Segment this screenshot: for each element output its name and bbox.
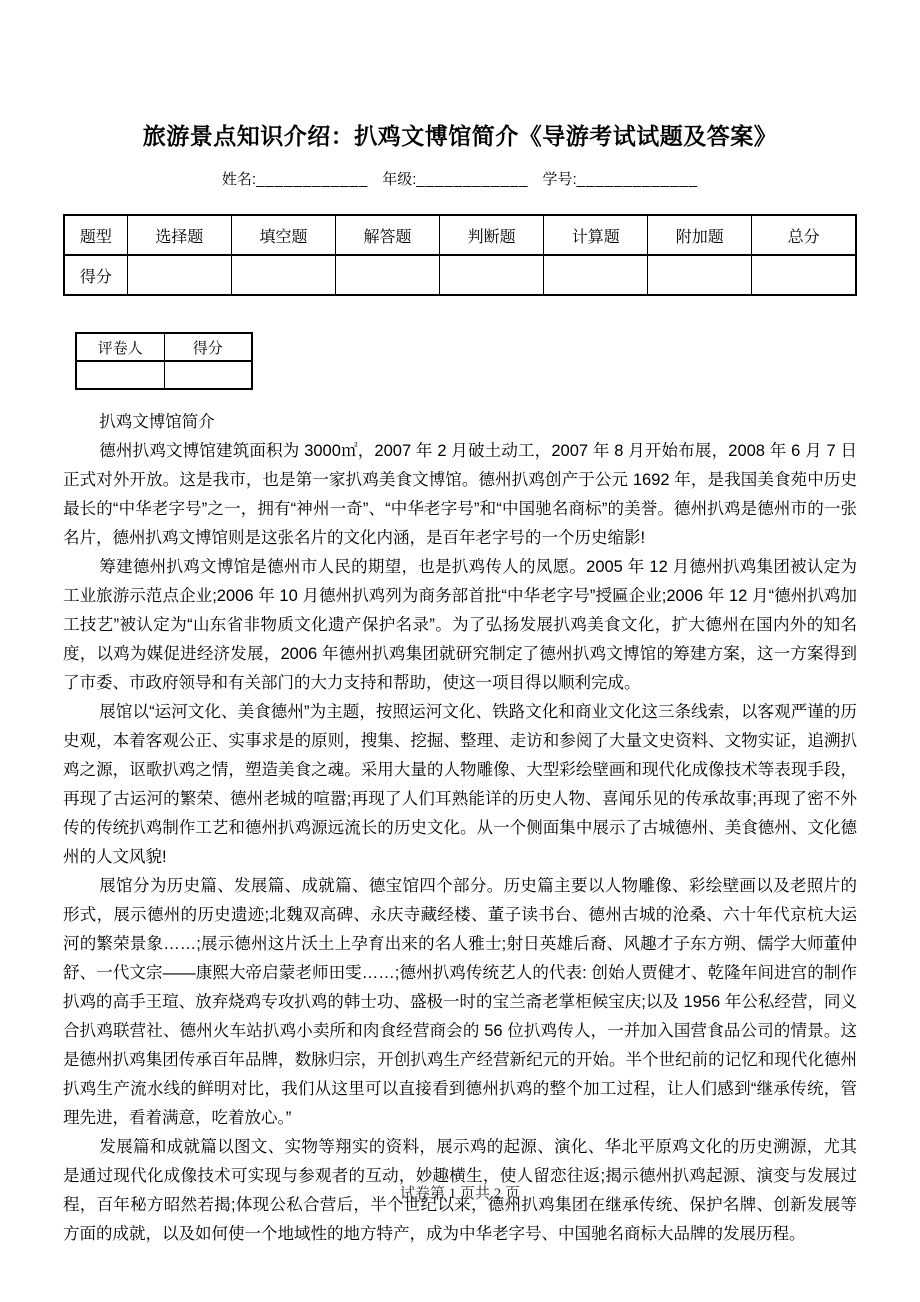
paragraph-overview: 德州扒鸡文博馆建筑面积为 3000㎡，2007 年 2 月破土动工，2007 年… xyxy=(63,437,857,553)
score-summary-table: 题型 选择题 填空题 解答题 判断题 计算题 附加题 总分 得分 xyxy=(63,214,857,296)
name-blank-line: ____________ xyxy=(256,171,368,188)
page-title: 旅游景点知识介绍：扒鸡文博馆简介《导游考试试题及答案》 xyxy=(0,120,920,152)
grader-table-empty-row xyxy=(76,361,252,389)
grader-label-cell: 评卷人 xyxy=(76,333,164,361)
header-cell-calculation: 计算题 xyxy=(544,215,648,255)
name-label: 姓名: xyxy=(222,171,256,188)
grader-score-empty-cell xyxy=(164,361,252,389)
score-cell-empty xyxy=(648,255,752,295)
score-cell-empty xyxy=(231,255,335,295)
header-cell-fill-blank: 填空题 xyxy=(231,215,335,255)
score-table-score-row: 得分 xyxy=(64,255,856,295)
paragraph-sections-history: 展馆分为历史篇、发展篇、成就篇、德宝馆四个部分。历史篇主要以人物雕像、彩绘壁画以… xyxy=(63,872,857,1133)
grade-field: 年级:____________ xyxy=(382,169,528,191)
student-id-label: 学号: xyxy=(542,171,576,188)
exam-document-page: 旅游景点知识介绍：扒鸡文博馆简介《导游考试试题及答案》 姓名:_________… xyxy=(0,0,920,1302)
grade-blank-line: ____________ xyxy=(416,171,528,188)
score-cell-empty xyxy=(127,255,231,295)
student-info-line: 姓名:____________ 年级:____________ 学号:_____… xyxy=(0,169,920,191)
header-cell-answer: 解答题 xyxy=(336,215,440,255)
grader-empty-cell xyxy=(76,361,164,389)
header-cell-bonus: 附加题 xyxy=(648,215,752,255)
student-id-field: 学号:_____________ xyxy=(542,169,698,191)
score-cell-empty xyxy=(544,255,648,295)
grade-label: 年级: xyxy=(382,171,416,188)
score-cell-empty xyxy=(336,255,440,295)
page-number-footer: 试卷第 1 页共 2 页 xyxy=(0,1182,920,1203)
section-title: 扒鸡文博馆简介 xyxy=(63,408,857,437)
header-cell-multiple-choice: 选择题 xyxy=(127,215,231,255)
score-table-header-row: 题型 选择题 填空题 解答题 判断题 计算题 附加题 总分 xyxy=(64,215,856,255)
grader-table-header-row: 评卷人 得分 xyxy=(76,333,252,361)
header-cell-true-false: 判断题 xyxy=(440,215,544,255)
header-cell-question-type: 题型 xyxy=(64,215,127,255)
student-id-blank-line: _____________ xyxy=(577,171,698,188)
paragraph-theme: 展馆以“运河文化、美食德州”为主题，按照运河文化、铁路文化和商业文化这三条线索，… xyxy=(63,698,857,872)
name-field: 姓名:____________ xyxy=(222,169,368,191)
paragraph-planning: 筹建德州扒鸡文博馆是德州市人民的期望，也是扒鸡传人的凤愿。2005 年 12 月… xyxy=(63,553,857,698)
score-row-label: 得分 xyxy=(64,255,127,295)
score-cell-empty xyxy=(752,255,856,295)
grader-score-table: 评卷人 得分 xyxy=(75,332,253,390)
header-cell-total: 总分 xyxy=(752,215,856,255)
score-cell-empty xyxy=(440,255,544,295)
document-body: 扒鸡文博馆简介 德州扒鸡文博馆建筑面积为 3000㎡，2007 年 2 月破土动… xyxy=(63,408,857,1249)
grader-score-label-cell: 得分 xyxy=(164,333,252,361)
